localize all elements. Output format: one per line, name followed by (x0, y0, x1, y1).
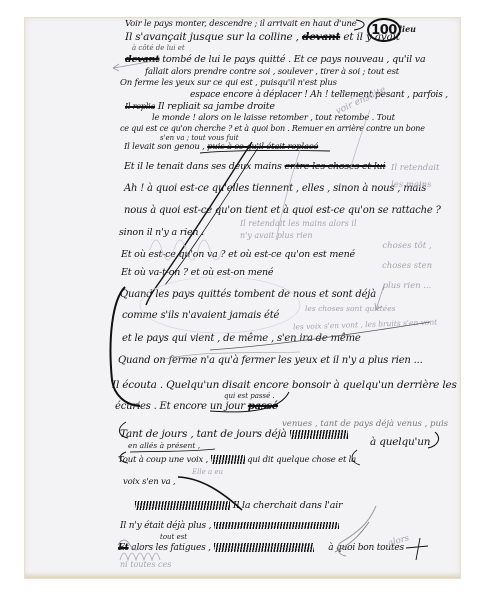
manuscript-line: Il levait son genou , puis à ce qu'il ét… (124, 142, 318, 152)
manuscript-line: écuries . Et encore un jour passé (115, 401, 278, 412)
manuscript-line: à quelqu'un (370, 436, 430, 448)
scribbled-out-phrase (214, 543, 314, 552)
scribbled-out-line (135, 501, 230, 510)
pencil-note: venues , tant de pays déjà venus , puis (282, 419, 448, 429)
manuscript-line: Il s'avançait jusque sur la colline , de… (125, 31, 400, 43)
struck-word: passé (248, 401, 278, 412)
manuscript-line: Il n'y était déjà plus , (120, 521, 339, 531)
interlinear-note: en allés à présent , (128, 441, 200, 450)
manuscript-line: Et alors les fatigues , à quoi bon toute… (118, 543, 404, 553)
pencil-note: Elle a eu (192, 468, 223, 476)
manuscript-line: ce qui est ce qu'on cherche ? et à quoi … (120, 124, 425, 133)
manuscript-line: le monde ! alors on le laisse retomber ,… (152, 113, 395, 123)
manuscript-line: On ferme les yeux sur ce qui est , puisq… (120, 78, 337, 88)
manuscript-line: fallait alors prendre contre soi , soule… (145, 67, 399, 77)
pencil-note: Il retendait les mains alors il n'y avai… (240, 218, 365, 242)
interlinear-note: à côté de lui et (132, 44, 185, 52)
manuscript-line: nous à quoi est-ce qu'on tient et à quoi… (124, 205, 441, 216)
pencil-note: ni toutes ces (120, 560, 171, 569)
manuscript-line: Ah ! à quoi est-ce qu'elles tiennent , e… (124, 183, 426, 194)
manuscript-line: espace encore à déplacer ! Ah ! tellemen… (190, 90, 448, 100)
struck-word: devant (302, 31, 340, 43)
pencil-note: les choses sont quittées (305, 304, 396, 313)
manuscript-line: et le pays qui vient , de même , s'en ir… (122, 333, 361, 344)
manuscript-line: Tout à coup une voix , qui dit quelque c… (118, 455, 356, 465)
scribbled-out-word (290, 430, 348, 439)
page-number-note: lieu (399, 24, 416, 34)
interlinear-note: qui est passé . (224, 392, 275, 400)
manuscript-line: sinon il n'y a rien . (119, 227, 204, 238)
scribbled-out-word (211, 455, 245, 464)
struck-word: Il replia (125, 102, 155, 111)
pencil-note: choses tôt , choses sten plus rien ... (372, 236, 442, 296)
manuscript-line: Et où est-ce qu'on va ? et où est-ce qu'… (121, 249, 355, 260)
manuscript-line: comme s'ils n'avaient jamais été (122, 310, 279, 321)
struck-phrase: puis à ce qu'il était replacé (207, 142, 318, 152)
scribbled-out-line (214, 522, 339, 529)
struck-word: Et (118, 543, 129, 553)
manuscript-line: Il replia Il repliait sa jambe droite (125, 101, 275, 112)
manuscript-line: Il écouta . Quelqu'un disait encore bons… (112, 379, 457, 391)
pencil-note: Il retendait les mains (391, 160, 451, 194)
manuscript-line: voix s'en va , (123, 477, 176, 487)
manuscript-line: Et il le tenait dans ses deux mains entr… (124, 161, 385, 172)
manuscript-line: Tant de jours , tant de jours déjà (120, 428, 348, 440)
manuscript-line: devant tombé de lui le pays quitté . Et … (125, 54, 425, 65)
interlinear-note: s'en va ; tout vous fuit (160, 134, 239, 142)
interlinear-note: tout est (160, 533, 187, 541)
struck-word: devant (125, 54, 159, 65)
manuscript-line: Voir le pays monter, descendre ; il arri… (125, 19, 357, 29)
struck-phrase: entre les choses et lui (285, 161, 386, 172)
manuscript-line: Et où va-t-on ? et où est-on mené (121, 267, 273, 278)
manuscript-line: Il la cherchait dans l'air (135, 500, 342, 511)
manuscript-line: Quand on ferme n'a qu'à fermer les yeux … (118, 355, 423, 366)
manuscript-line: Quand les pays quittés tombent de nous e… (120, 289, 376, 300)
